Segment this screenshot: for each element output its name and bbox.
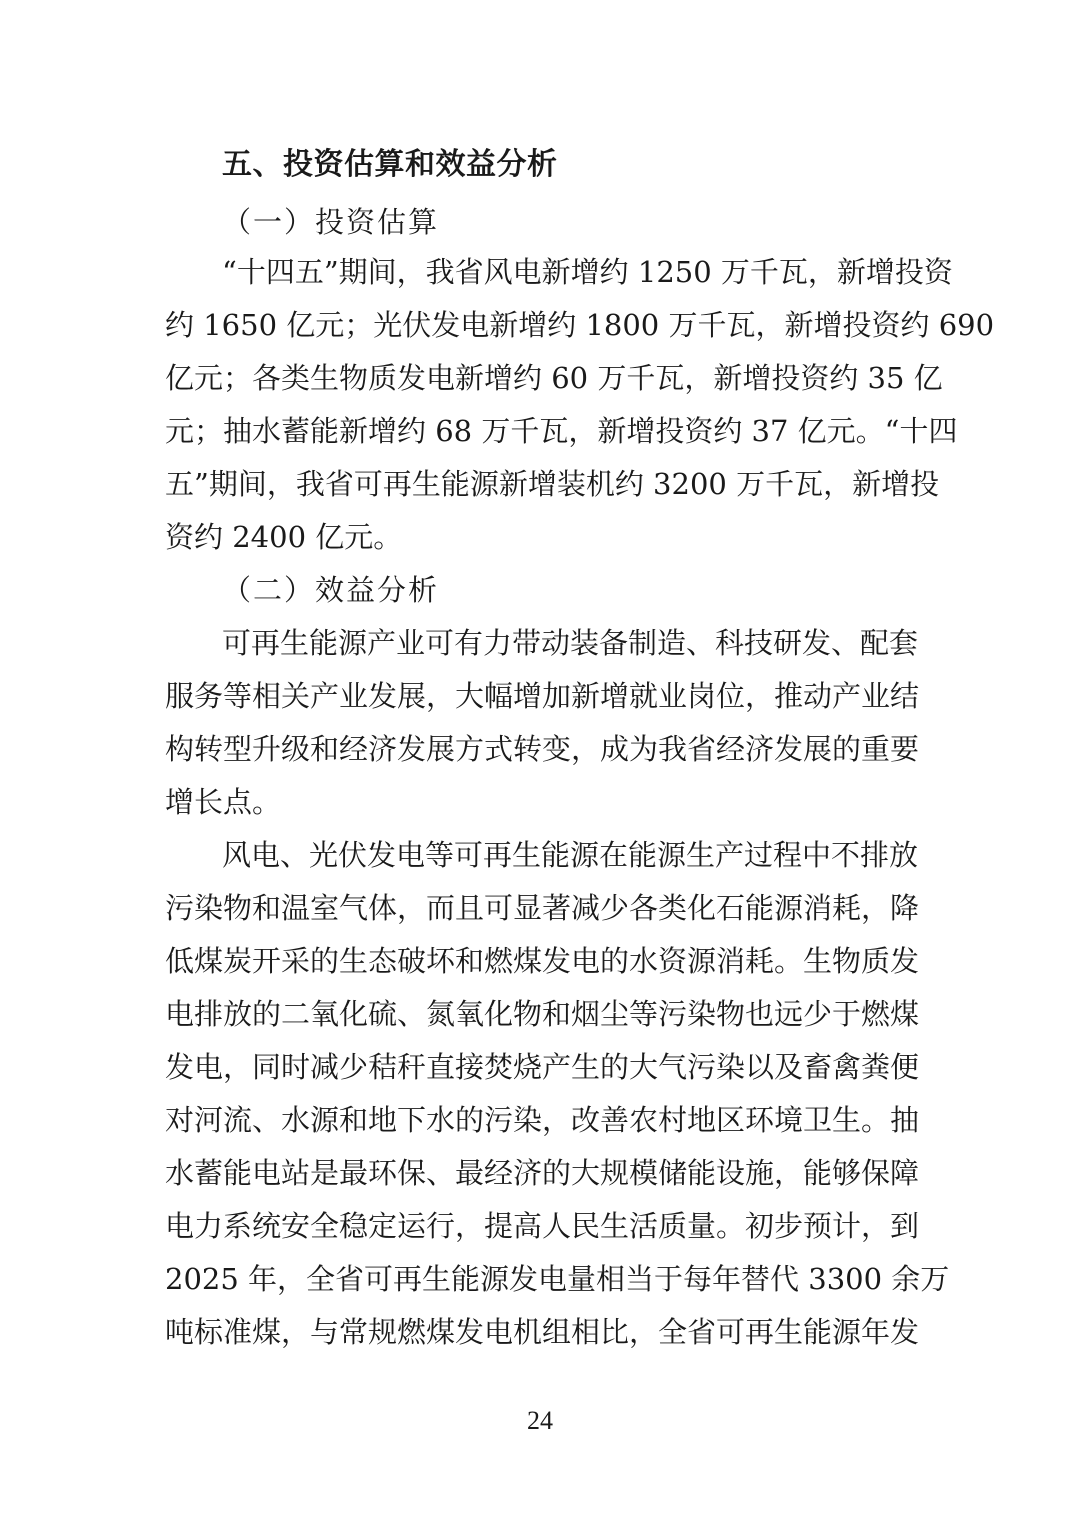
text-line: 亿元；各类生物质发电新增约 60 万千瓦，新增投资约 35 亿 bbox=[165, 358, 917, 398]
text-line: 吨标准煤，与常规燃煤发电机组相比，全省可再生能源年发 bbox=[165, 1312, 917, 1352]
text-line: 可再生能源产业可有力带动装备制造、科技研发、配套 bbox=[222, 623, 917, 663]
text-line: 对河流、水源和地下水的污染，改善农村地区环境卫生。抽 bbox=[165, 1100, 917, 1140]
subsection-heading-benefit: （二）效益分析 bbox=[222, 570, 439, 610]
text-line: 资约 2400 亿元。 bbox=[165, 517, 917, 557]
text-line: 电排放的二氧化硫、氮氧化物和烟尘等污染物也远少于燃煤 bbox=[165, 994, 917, 1034]
subsection-heading-investment: （一）投资估算 bbox=[222, 202, 439, 242]
text-line: 污染物和温室气体，而且可显著减少各类化石能源消耗，降 bbox=[165, 888, 917, 928]
text-line: 构转型升级和经济发展方式转变，成为我省经济发展的重要 bbox=[165, 729, 917, 769]
text-line: 电力系统安全稳定运行，提高人民生活质量。初步预计，到 bbox=[165, 1206, 917, 1246]
text-line: 五”期间，我省可再生能源新增装机约 3200 万千瓦，新增投 bbox=[165, 464, 917, 504]
text-line: “十四五”期间，我省风电新增约 1250 万千瓦，新增投资 bbox=[222, 252, 917, 292]
text-line: 发电，同时减少秸秆直接焚烧产生的大气污染以及畜禽粪便 bbox=[165, 1047, 917, 1087]
section-heading: 五、投资估算和效益分析 bbox=[222, 143, 558, 187]
text-line: 元；抽水蓄能新增约 68 万千瓦，新增投资约 37 亿元。“十四 bbox=[165, 411, 917, 451]
text-line: 2025 年，全省可再生能源发电量相当于每年替代 3300 余万 bbox=[165, 1259, 917, 1299]
text-line: 风电、光伏发电等可再生能源在能源生产过程中不排放 bbox=[222, 835, 917, 875]
text-line: 增长点。 bbox=[165, 782, 917, 822]
text-line: 低煤炭开采的生态破坏和燃煤发电的水资源消耗。生物质发 bbox=[165, 941, 917, 981]
page-number: 24 bbox=[0, 1406, 1080, 1436]
text-line: 约 1650 亿元；光伏发电新增约 1800 万千瓦，新增投资约 690 bbox=[165, 305, 917, 345]
text-line: 服务等相关产业发展，大幅增加新增就业岗位，推动产业结 bbox=[165, 676, 917, 716]
document-page: 五、投资估算和效益分析 （一）投资估算 “十四五”期间，我省风电新增约 1250… bbox=[0, 0, 1080, 1527]
text-line: 水蓄能电站是最环保、最经济的大规模储能设施，能够保障 bbox=[165, 1153, 917, 1193]
